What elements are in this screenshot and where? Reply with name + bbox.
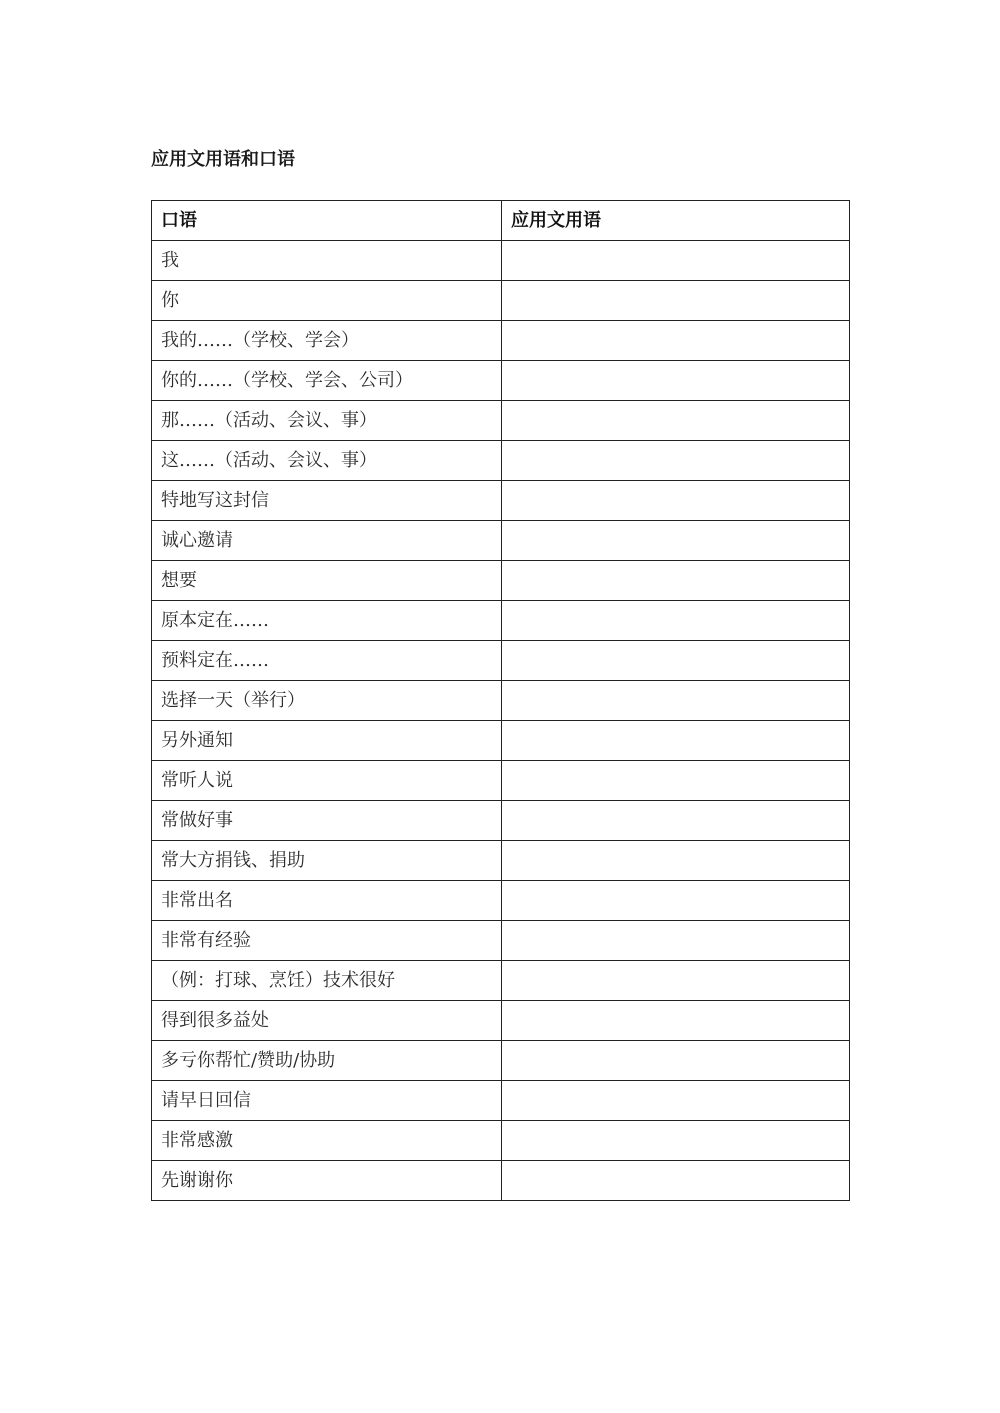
vocabulary-table: 口语 应用文用语 我 你 我的……（学校、学会） 你的……（学校、学会、公司） … — [151, 200, 850, 1201]
cell-oral: 常做好事 — [152, 801, 502, 841]
cell-oral: 想要 — [152, 561, 502, 601]
table-row: 原本定在…… — [152, 601, 850, 641]
cell-formal-answer[interactable] — [502, 1041, 850, 1081]
cell-oral: 常听人说 — [152, 761, 502, 801]
table-row: 你的……（学校、学会、公司） — [152, 361, 850, 401]
table-row: 非常出名 — [152, 881, 850, 921]
cell-oral: 我 — [152, 241, 502, 281]
table-row: （例：打球、烹饪）技术很好 — [152, 961, 850, 1001]
cell-formal-answer[interactable] — [502, 921, 850, 961]
table-row: 非常感激 — [152, 1121, 850, 1161]
table-row: 另外通知 — [152, 721, 850, 761]
cell-oral: （例：打球、烹饪）技术很好 — [152, 961, 502, 1001]
cell-formal-answer[interactable] — [502, 401, 850, 441]
cell-formal-answer[interactable] — [502, 761, 850, 801]
table-row: 我 — [152, 241, 850, 281]
cell-oral: 另外通知 — [152, 721, 502, 761]
table-row: 常听人说 — [152, 761, 850, 801]
header-formal: 应用文用语 — [502, 201, 850, 241]
table-row: 你 — [152, 281, 850, 321]
cell-formal-answer[interactable] — [502, 1001, 850, 1041]
cell-formal-answer[interactable] — [502, 561, 850, 601]
cell-oral: 特地写这封信 — [152, 481, 502, 521]
cell-oral: 得到很多益处 — [152, 1001, 502, 1041]
table-row: 想要 — [152, 561, 850, 601]
cell-oral: 常大方捐钱、捐助 — [152, 841, 502, 881]
cell-formal-answer[interactable] — [502, 641, 850, 681]
cell-oral: 诚心邀请 — [152, 521, 502, 561]
page-title: 应用文用语和口语 — [151, 146, 295, 174]
cell-oral: 我的……（学校、学会） — [152, 321, 502, 361]
table-row: 先谢谢你 — [152, 1161, 850, 1201]
cell-formal-answer[interactable] — [502, 841, 850, 881]
cell-formal-answer[interactable] — [502, 1121, 850, 1161]
table-body: 我 你 我的……（学校、学会） 你的……（学校、学会、公司） 那……（活动、会议… — [152, 241, 850, 1201]
cell-formal-answer[interactable] — [502, 241, 850, 281]
cell-formal-answer[interactable] — [502, 681, 850, 721]
cell-oral: 请早日回信 — [152, 1081, 502, 1121]
table-row: 那……（活动、会议、事） — [152, 401, 850, 441]
cell-formal-answer[interactable] — [502, 281, 850, 321]
table-row: 常做好事 — [152, 801, 850, 841]
cell-oral: 你 — [152, 281, 502, 321]
cell-oral: 多亏你帮忙/赞助/协助 — [152, 1041, 502, 1081]
header-oral: 口语 — [152, 201, 502, 241]
cell-oral: 那……（活动、会议、事） — [152, 401, 502, 441]
table-row: 特地写这封信 — [152, 481, 850, 521]
cell-formal-answer[interactable] — [502, 961, 850, 1001]
cell-oral: 非常出名 — [152, 881, 502, 921]
cell-formal-answer[interactable] — [502, 361, 850, 401]
cell-formal-answer[interactable] — [502, 321, 850, 361]
table-row: 我的……（学校、学会） — [152, 321, 850, 361]
table-row: 诚心邀请 — [152, 521, 850, 561]
cell-formal-answer[interactable] — [502, 601, 850, 641]
cell-formal-answer[interactable] — [502, 1081, 850, 1121]
table-row: 非常有经验 — [152, 921, 850, 961]
cell-oral: 原本定在…… — [152, 601, 502, 641]
cell-formal-answer[interactable] — [502, 441, 850, 481]
cell-formal-answer[interactable] — [502, 521, 850, 561]
cell-oral: 这……（活动、会议、事） — [152, 441, 502, 481]
table-row: 这……（活动、会议、事） — [152, 441, 850, 481]
cell-formal-answer[interactable] — [502, 881, 850, 921]
table-row: 得到很多益处 — [152, 1001, 850, 1041]
cell-formal-answer[interactable] — [502, 1161, 850, 1201]
table-row: 多亏你帮忙/赞助/协助 — [152, 1041, 850, 1081]
table-header-row: 口语 应用文用语 — [152, 201, 850, 241]
cell-oral: 非常感激 — [152, 1121, 502, 1161]
table-row: 常大方捐钱、捐助 — [152, 841, 850, 881]
cell-oral: 选择一天（举行） — [152, 681, 502, 721]
cell-formal-answer[interactable] — [502, 481, 850, 521]
cell-oral: 非常有经验 — [152, 921, 502, 961]
cell-formal-answer[interactable] — [502, 801, 850, 841]
cell-oral: 先谢谢你 — [152, 1161, 502, 1201]
table-row: 请早日回信 — [152, 1081, 850, 1121]
table-row: 预料定在…… — [152, 641, 850, 681]
cell-oral: 你的……（学校、学会、公司） — [152, 361, 502, 401]
cell-formal-answer[interactable] — [502, 721, 850, 761]
cell-oral: 预料定在…… — [152, 641, 502, 681]
table-row: 选择一天（举行） — [152, 681, 850, 721]
